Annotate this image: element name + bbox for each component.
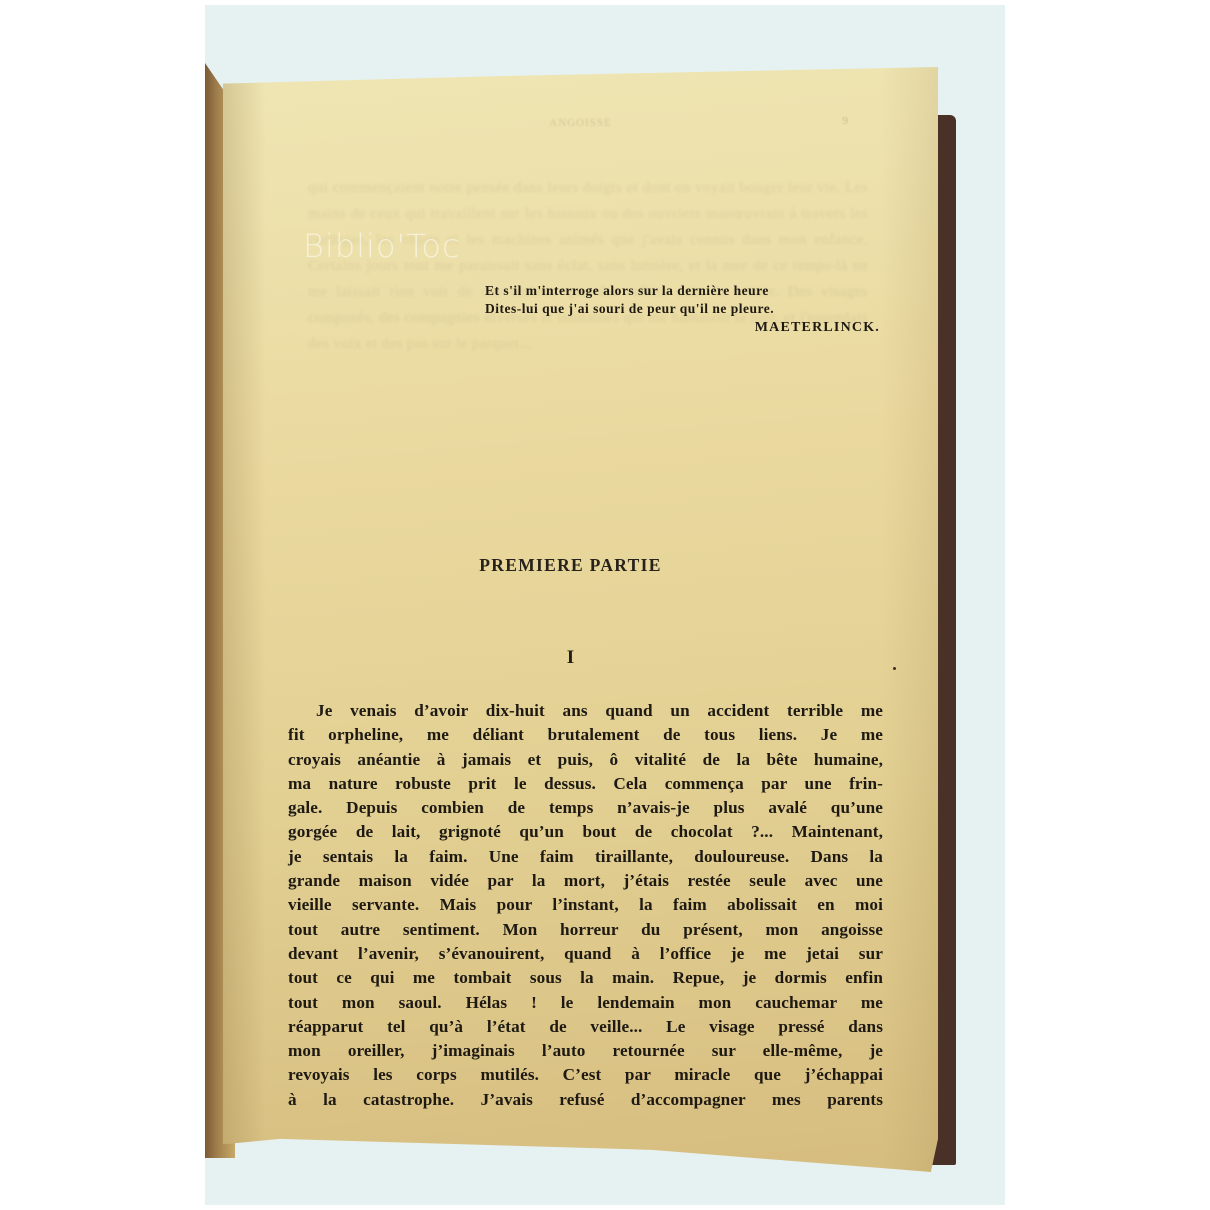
book-photo: ANGOISSE 9 qui commençaient notre pensée… [205, 5, 1005, 1205]
epigraph-author: MAETERLINCK. [485, 319, 880, 337]
body-line: ma nature robuste prit le dessus. Cela c… [288, 772, 883, 796]
body-line: tout autre sentiment. Mon horreur du pré… [288, 918, 883, 942]
body-line: tout ce qui me tombait sous la main. Rep… [288, 966, 883, 990]
show-through-text: qui commençaient notre pensée dans leurs… [308, 175, 868, 357]
page-number: 9 [843, 115, 849, 127]
body-line: gale. Depuis combien de temps n’avais-je… [288, 796, 883, 820]
part-title: PREMIERE PARTIE [223, 555, 918, 576]
watermark-logo: Biblio'Toc [303, 227, 461, 265]
epigraph-line: Dites-lui que j'ai souri de peur qu'il n… [485, 300, 880, 318]
body-line: devant l’avenir, s’évanouirent, quand à … [288, 942, 883, 966]
body-line: Je venais d’avoir dix-huit ans quand un … [288, 699, 883, 723]
book-page: ANGOISSE 9 qui commençaient notre pensée… [223, 67, 938, 1172]
body-line: grande maison vidée par la mort, j’étais… [288, 869, 883, 893]
body-line: revoyais les corps mutilés. C’est par mi… [288, 1063, 883, 1087]
epigraph-line: Et s'il m'interroge alors sur la dernièr… [485, 282, 880, 300]
body-line: à la catastrophe. J’avais refusé d’accom… [288, 1088, 883, 1112]
body-line: tout mon saoul. Hélas ! le lendemain mon… [288, 991, 883, 1015]
body-text: Je venais d’avoir dix-huit ans quand un … [288, 699, 883, 1112]
body-line: vieille servante. Mais pour l’instant, l… [288, 893, 883, 917]
body-line: gorgée de lait, grignoté qu’un bout de c… [288, 820, 883, 844]
body-line: je sentais la faim. Une faim tiraillante… [288, 845, 883, 869]
epigraph: Et s'il m'interroge alors sur la dernièr… [485, 282, 880, 337]
body-line: croyais anéantie à jamais et puis, ô vit… [288, 748, 883, 772]
body-line: réapparut tel qu’à l’état de veille... L… [288, 1015, 883, 1039]
body-line: fit orpheline, me déliant brutalement de… [288, 723, 883, 747]
body-line: mon oreiller, j’imaginais l’auto retourn… [288, 1039, 883, 1063]
running-head: ANGOISSE [223, 117, 938, 129]
chapter-number: I [223, 647, 918, 669]
paper-speck [893, 667, 896, 670]
